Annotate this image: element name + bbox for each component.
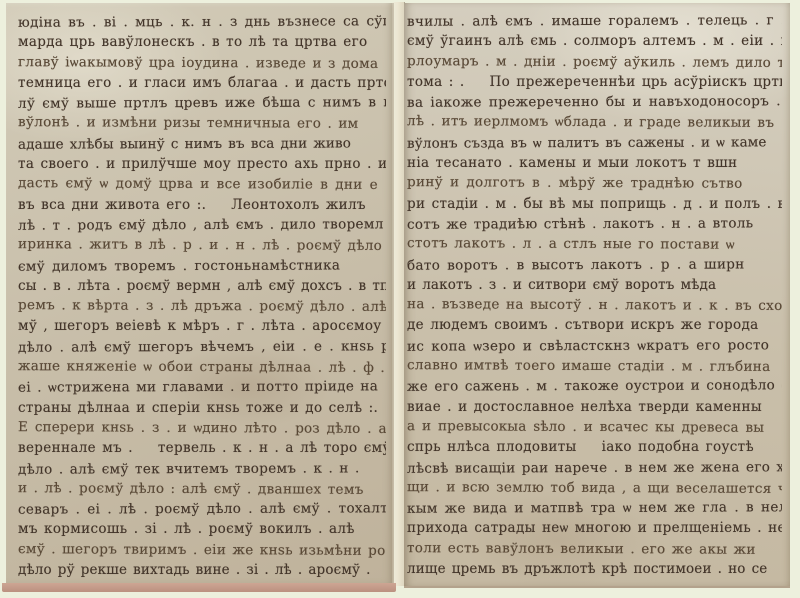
manuscript-line: лѣсвѣ висащіи раи нарече . в нем же жена… [407, 457, 782, 479]
manuscript-line: темница его . и гласи имъ благаа . и дас… [18, 73, 386, 93]
manuscript-line: Е сперери кнѕь . з . и ѡдино лѣто . роз … [18, 417, 386, 439]
manuscript-line: мъ кормисошь . зі . лѣ . роємў вокилъ . … [18, 519, 386, 539]
right-page-text: вчилы . алѣ ємъ . имаше горалемъ . телец… [404, 3, 790, 579]
manuscript-line: жаше княженіе ѡ обои страны дѣлнаа . лѣ … [18, 356, 386, 378]
manuscript-line: же его сажень . м . такоже оустрои и сон… [407, 376, 782, 398]
manuscript-line: и лакотъ . з . и ситвори ємў воротъ мѣда [407, 275, 782, 295]
manuscript-line: ніа тесанато . камены и мыи локотъ т вшн [407, 153, 782, 173]
manuscript-line: ремъ . к вѣрта . з . лѣ дръжа . роємў дѣ… [18, 295, 386, 317]
manuscript-line: ємў . шегоръ твиримъ . еіи же кнѕь изьмѣ… [18, 539, 386, 561]
manuscript-line: та своего . и прилўчше моу престо ахь пр… [18, 154, 386, 174]
manuscript-line: ємў ўгаинъ алѣ ємь . солморъ алтемъ . м … [407, 31, 782, 51]
manuscript-line: лѣ . итъ иерлмомъ ѡблада . и граде велик… [407, 112, 782, 134]
manuscript-line: кым же вида и матпвѣ тра ѡ нем же гла . … [407, 497, 782, 519]
manuscript-line: иринка . житъ в лѣ . р . и . н . лѣ . ро… [18, 234, 386, 256]
manuscript-line: ринў и долготъ в . мѣрў же траднѣю сътво [407, 172, 782, 194]
manuscript-line: вереннале мъ . тервель . к . н . а лѣ то… [18, 438, 386, 458]
manuscript-line: славно имтвѣ тоего имаше стадіи . м . гл… [407, 355, 782, 377]
manuscript-line: дѣло . алѣ ємў тек вчитемъ творемъ . к .… [18, 458, 386, 480]
manuscript-line: марда црь вавўлонескъ . в то лѣ та цртва… [18, 32, 386, 52]
manuscript-line: севаръ . еі . лѣ . роємў дѣло . алѣ ємў … [18, 498, 386, 520]
manuscript-line: лѣ . т . родъ ємў дѣло , алѣ ємъ . дило … [18, 214, 386, 236]
manuscript-line: виае . и достославное нелѣха тверди каме… [407, 397, 782, 417]
manuscript-line: щи . и всю землю тоб вида , а щи веселаш… [407, 477, 782, 499]
manuscript-line: а и превысокыа ѕѣло . и всачес кы древес… [407, 416, 782, 438]
manuscript-line: лў ємў выше пртлъ цревъ иже бѣша с нимъ … [18, 92, 386, 114]
manuscript-line: дѣло . алѣ ємў шегоръ вѣчемъ , еіи . е .… [18, 336, 386, 358]
manuscript-line: вўлонъ създа въ ѡ палитъ въ сажены . и ѡ… [407, 132, 782, 154]
page-bottom-edge [2, 583, 396, 592]
manuscript-line: еі . ѡстрижена ми главами . и потто пріи… [18, 377, 386, 399]
manuscript-line: сотъ же традиѣю стѣнѣ . лакотъ . н . а в… [407, 213, 782, 235]
manuscript-line: вчилы . алѣ ємъ . имаше горалемъ . телец… [407, 10, 782, 32]
manuscript-line: ри стадіи . м . бы вѣ мы поприщь . д . и… [407, 194, 782, 214]
manuscript-line: дасть ємў ѡ домў црва и все изобиліе в д… [18, 173, 386, 195]
manuscript-line: вўлонѣ . и измѣни ризы темничныа его . и… [18, 113, 386, 135]
manuscript-line: сы . в . лѣта . роємў вермн , алѣ ємў до… [18, 276, 386, 296]
manuscript-line: юдіна въ . ві . мць . к. н . з днь възне… [18, 11, 386, 33]
manuscript-line: мў , шегоръ веіевѣ к мѣръ . г . лѣта . а… [18, 316, 386, 336]
left-page: юдіна въ . ві . мць . к. н . з днь възне… [6, 3, 394, 583]
manuscript-line: лище цремь въ дръжлотѣ крѣ постимоеи . н… [407, 559, 782, 579]
left-page-text: юдіна въ . ві . мць . к. н . з днь възне… [6, 3, 394, 580]
manuscript-line: ис копа ѡзеро и свѣластскнз ѡкратъ его р… [407, 335, 782, 357]
manuscript-line: ва іакоже прежереченно бы и навъходоносо… [407, 91, 782, 113]
manuscript-line: главў іѡакымовў цра іоудина . изведе и з… [18, 52, 386, 74]
manuscript-line: рлоумаръ . м . дніи . роємў аўкиль . лем… [407, 51, 782, 73]
manuscript-line: страны дѣлнаа и сперіи кнѕь тоже и до се… [18, 398, 386, 418]
manuscript-line: и . лѣ . роємў дѣло : алѣ ємў . дваншех … [18, 478, 386, 500]
manuscript-line: бато воротъ . в высотъ лакотъ . р . а ши… [407, 254, 782, 276]
manuscript-line: въ вса дни живота его :. Леонтохолъ жилъ [18, 195, 386, 215]
manuscript-line: стотъ лакотъ . л . а стлъ ные го постави… [407, 233, 782, 255]
manuscript-line: дѣло рў рекше вихтадь вине . зі . лѣ . а… [18, 560, 386, 580]
manuscript-line: тома : . По прежереченнѣи црь асўріискъ … [407, 72, 782, 92]
manuscript-photo: юдіна въ . ві . мць . к. н . з днь възне… [0, 0, 800, 598]
manuscript-line: прихода сатрады неѡ многою и прелщеніемь… [407, 518, 782, 538]
manuscript-line: на . възведе на высотў . н . лакотъ и . … [407, 294, 782, 316]
right-page: вчилы . алѣ ємъ . имаше горалемъ . телец… [404, 3, 790, 588]
manuscript-line: де людемъ своимъ . сътвори искръ же горо… [407, 315, 782, 335]
manuscript-line: адаше хлѣбы выинў с нимъ въ вса дни живо [18, 133, 386, 155]
manuscript-line: ємў диломъ творемъ . гостоньнамѣстника [18, 255, 386, 277]
manuscript-line: спрь нлѣса плодовиты іако подобна гоустѣ [407, 437, 782, 457]
manuscript-line: толи есть вавўлонъ великыи . его же акы … [407, 538, 782, 560]
